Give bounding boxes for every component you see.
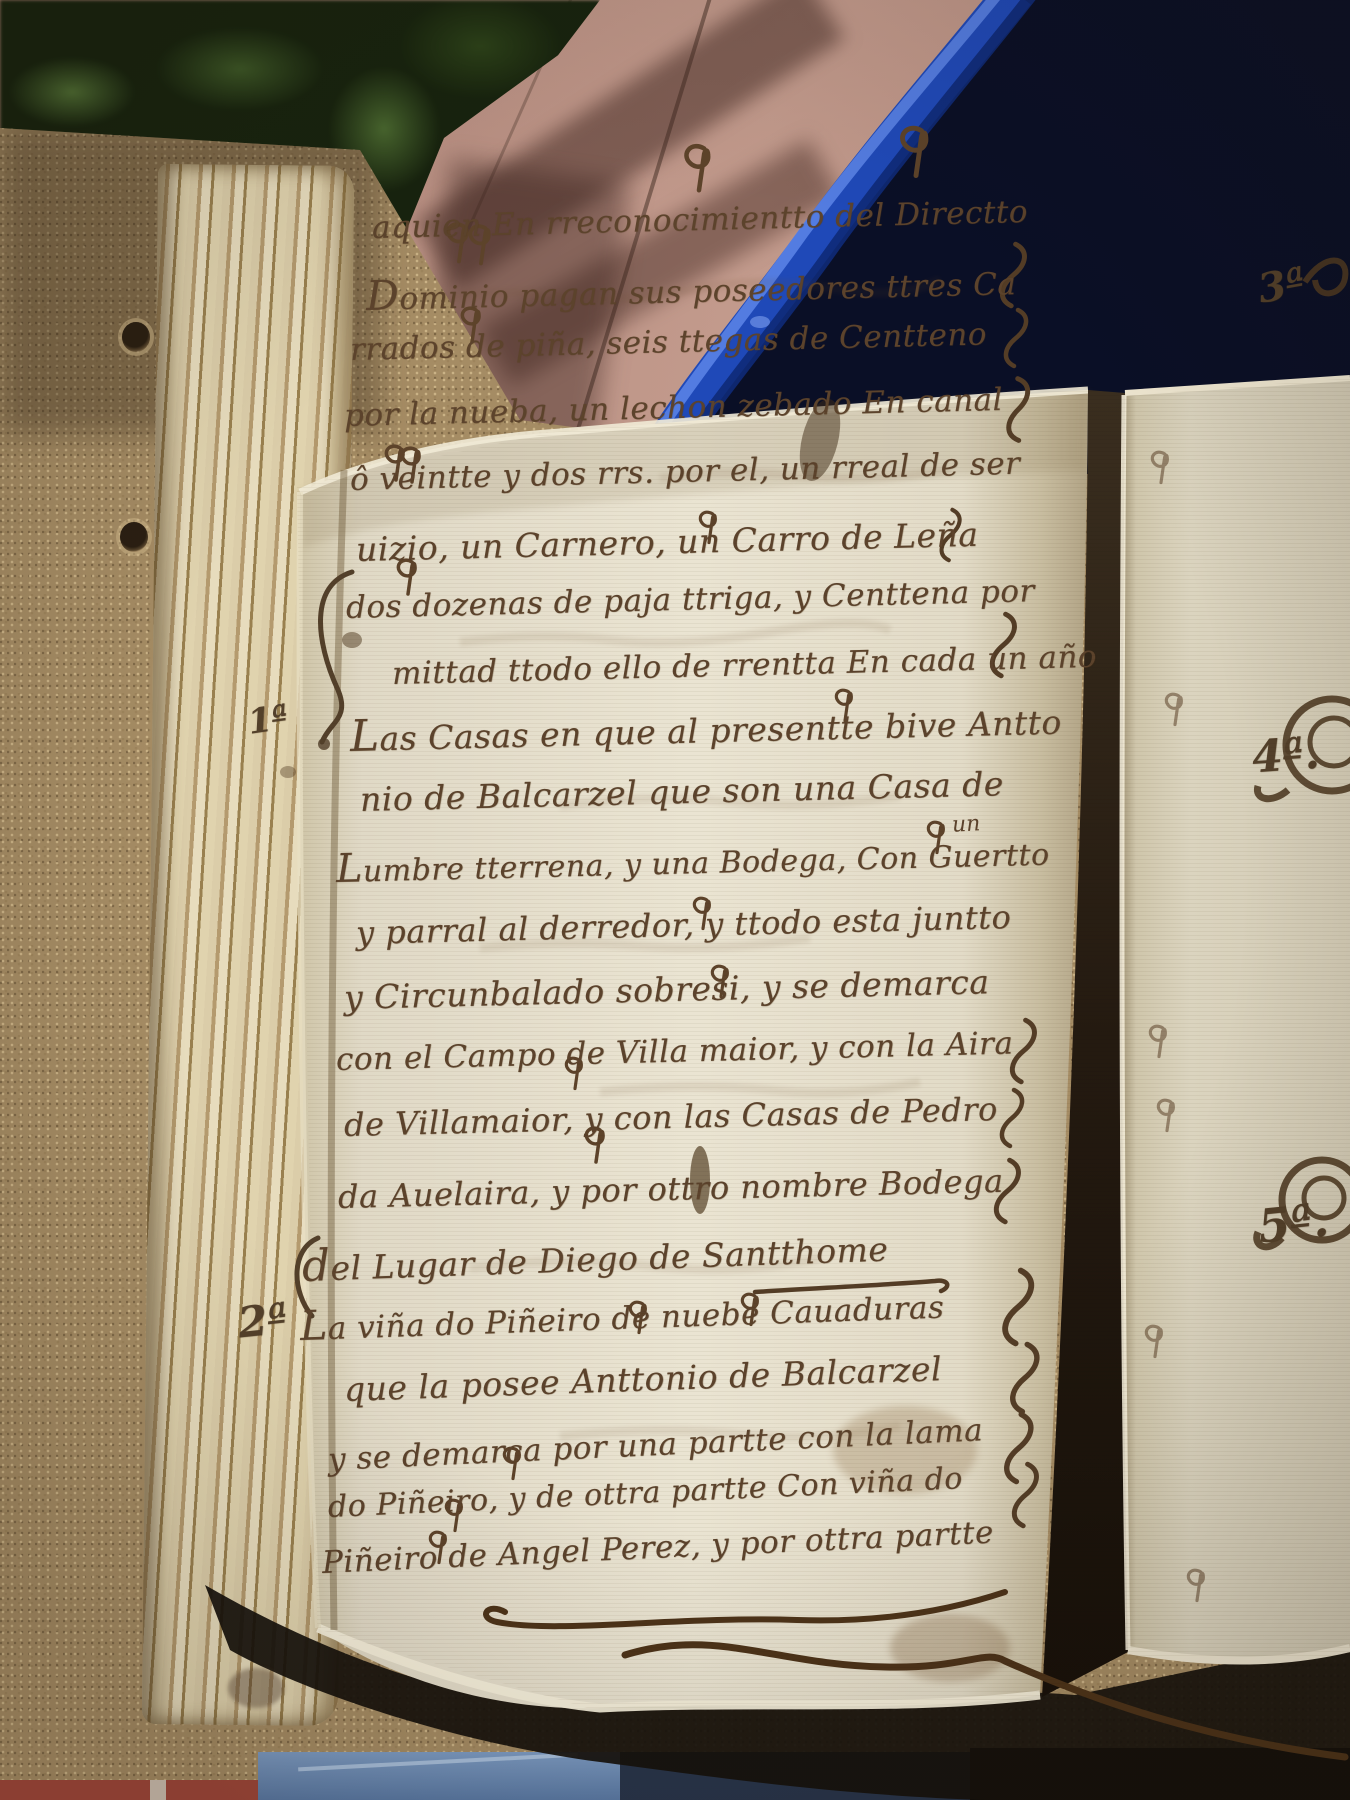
manuscript-line: uizio, un Carnero, un Carro de Leña — [356, 515, 979, 569]
manuscript-line: nio de Balcarzel que son una Casa de — [360, 764, 1005, 819]
manuscript-line: aquien En rreconocimientto del Directto — [372, 194, 1029, 246]
item-number-1: 1ª — [245, 697, 290, 742]
item-number-2: 2ª — [236, 1294, 291, 1348]
manuscript-line: que la posee Anttonio de Balcarzel — [343, 1349, 942, 1409]
manuscript-line: y Circunbalado sobresi, y se demarca — [344, 962, 990, 1017]
manuscript-line: Lumbre tterrena, y una Bodega, Con Guert… — [335, 829, 1050, 892]
manuscript-line: da Auelaira, y por ottro nombre Bodega — [338, 1162, 1004, 1216]
interlinear-insertion: un — [951, 811, 981, 837]
manuscript-line: mittad ttodo ello de rrentta En cada un … — [392, 639, 1098, 692]
manuscript-line: por la nueba, un lechon zebado En canal — [344, 382, 1004, 434]
manuscript-line: La viña do Piñeiro de nuebe Cauaduras — [299, 1280, 945, 1350]
manuscript-line: Las Casas en que al presentte bive Antto — [349, 695, 1062, 762]
item-number-3-right-page: 3ª — [1254, 258, 1309, 313]
manuscript-line: del Lugar de Diego de Santthome — [301, 1222, 889, 1292]
manuscript-text: aquien En rreconocimientto del Directto … — [0, 0, 1350, 1800]
item-number-5-right-page: 5ª. — [1255, 1192, 1331, 1253]
manuscript-line: con el Campo de Villa maior, y con la Ai… — [336, 1025, 1014, 1078]
manuscript-line: Piñeiro de Angel Perez, y por ottra part… — [321, 1515, 994, 1581]
manuscript-line: y parral al derredor, y ttodo esta juntt… — [356, 898, 1012, 952]
manuscript-line: Dominio pagan sus poseedores ttres Ca — [365, 256, 1016, 320]
manuscript-line: rrados de piña, seis ttegas de Centteno — [350, 316, 988, 368]
manuscript-line: dos dozenas de paja ttriga, y Centtena p… — [346, 573, 1036, 626]
manuscript-line: de Villamaior, y con las Casas de Pedro — [344, 1090, 999, 1144]
photo-scene: aquien En rreconocimientto del Directto … — [0, 0, 1350, 1800]
manuscript-line: ô veintte y dos rrs. por el, un rreal de… — [350, 446, 1021, 498]
item-number-4-right-page: 4ª. — [1250, 728, 1321, 784]
